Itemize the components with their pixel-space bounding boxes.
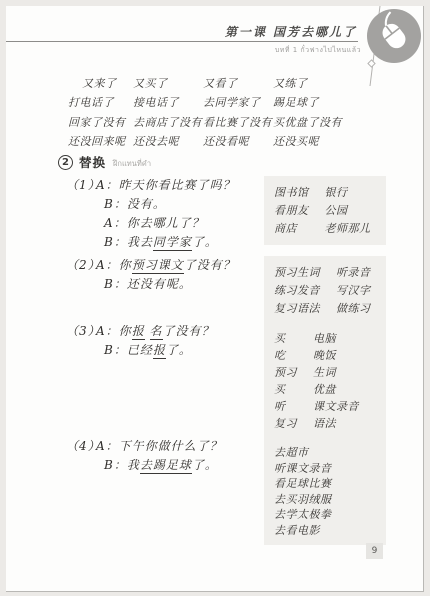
vocab-item: 看足球比赛 xyxy=(274,476,332,492)
exercise: （1）A：昨天你看比赛了吗？B：没有。A：你去哪儿了？B：我去同学家了。图书馆银… xyxy=(66,176,392,252)
text-segment xyxy=(145,324,150,338)
text-segment: 还没有呢。 xyxy=(127,277,192,291)
textbook-page: 第一课 国芳去哪儿了 บทที่ 1 กั๋วฟางไปไหนแล้ว 又来了又… xyxy=(6,6,424,592)
text-segment: 我去 xyxy=(127,235,153,249)
underlined-segment: 报 xyxy=(153,343,166,359)
speaker-label: B： xyxy=(104,458,127,472)
text-segment: 了。 xyxy=(166,343,192,357)
text-segment: 我 xyxy=(127,458,140,472)
text-segment: 下午你做什么了？ xyxy=(119,439,223,453)
vocab-item: 复习 xyxy=(274,415,297,432)
vocab-item: 听录音 xyxy=(336,264,371,282)
dialogue-line: B：已经报了。 xyxy=(66,341,264,360)
vocab-item: 听 xyxy=(274,398,297,415)
text-segment: 已经 xyxy=(127,343,153,357)
vocab-item: 复习语法 xyxy=(274,300,320,318)
exercise: （2）A：你预习课文了没有？B：还没有呢。预习生词听录音练习发音写汉字复习语法做… xyxy=(66,256,392,325)
exercise-number: （2） xyxy=(66,256,96,275)
vocab-item: 吃 xyxy=(274,347,297,364)
vocab-box: 图书馆银行看朋友公园商店老师那儿 xyxy=(264,176,386,245)
dialogue-line: （3）A：你报 名了没有？ xyxy=(66,322,264,341)
vocab-item: 课文录音 xyxy=(313,398,359,415)
speaker-label: B： xyxy=(104,197,127,211)
vocab-item: 去买羽绒服 xyxy=(274,492,332,508)
vocab-item: 去看电影 xyxy=(274,523,332,539)
exercise-number: （4） xyxy=(66,437,96,456)
speaker-label: B： xyxy=(104,235,127,249)
dialogue-line: A：你去哪儿了？ xyxy=(66,214,264,233)
dialogue: （4）A：下午你做什么了？B：我去踢足球了。 xyxy=(66,437,264,545)
vocab-item: 商店 xyxy=(274,220,309,238)
vocab-item: 图书馆 xyxy=(274,184,309,202)
vocab-item: 预习生词 xyxy=(274,264,320,282)
exercise: （4）A：下午你做什么了？B：我去踢足球了。去超市听课文录音看足球比赛去买羽绒服… xyxy=(66,437,392,545)
dialogue-line: （1）A：昨天你看比赛了吗？ xyxy=(66,176,264,195)
exercise-number: （1） xyxy=(66,176,96,195)
speaker-label: A： xyxy=(96,178,119,192)
vocab-item: 生词 xyxy=(313,364,359,381)
text-segment: 没有。 xyxy=(127,197,166,211)
speaker-label: A： xyxy=(96,439,119,453)
text-segment: 你 xyxy=(119,324,132,338)
vocab-item: 看朋友 xyxy=(274,202,309,220)
page-number-badge: 9 xyxy=(366,543,383,559)
vocab-item: 买 xyxy=(274,330,297,347)
vocab-item: 买 xyxy=(274,381,297,398)
dialogue: （3）A：你报 名了没有？B：已经报了。 xyxy=(66,322,264,439)
vocab-item: 银行 xyxy=(325,184,371,202)
text-segment: 了没有？ xyxy=(163,324,215,338)
vocab-item: 做练习 xyxy=(336,300,371,318)
text-segment: 了。 xyxy=(192,458,218,472)
speaker-label: A： xyxy=(104,216,127,230)
exercise: （3）A：你报 名了没有？B：已经报了。买电脑吃晚饭预习生词买优盘听课文录音复习… xyxy=(66,322,392,439)
speaker-label: B： xyxy=(104,277,127,291)
vocab-item: 公园 xyxy=(325,202,371,220)
dialogue: （2）A：你预习课文了没有？B：还没有呢。 xyxy=(66,256,264,325)
dialogue-line: （4）A：下午你做什么了？ xyxy=(66,437,264,456)
vocab-item: 听课文录音 xyxy=(274,461,332,477)
vocab-item: 写汉字 xyxy=(336,282,371,300)
vocab-item: 练习发音 xyxy=(274,282,320,300)
underlined-segment: 报 xyxy=(132,324,145,340)
exercises: （1）A：昨天你看比赛了吗？B：没有。A：你去哪儿了？B：我去同学家了。图书馆银… xyxy=(66,6,392,591)
vocab-item: 电脑 xyxy=(313,330,359,347)
vocab-item: 老师那儿 xyxy=(325,220,371,238)
exercise-number: （3） xyxy=(66,322,96,341)
vocab-item: 预习 xyxy=(274,364,297,381)
text-segment: 你去哪儿了？ xyxy=(127,216,205,230)
vocab-item: 语法 xyxy=(313,415,359,432)
dialogue-line: B：还没有呢。 xyxy=(66,275,264,294)
vocab-box: 买电脑吃晚饭预习生词买优盘听课文录音复习语法 xyxy=(264,322,386,439)
dialogue-line: B：没有。 xyxy=(66,195,264,214)
dialogue-line: B：我去踢足球了。 xyxy=(66,456,264,475)
text-segment: 了。 xyxy=(192,235,218,249)
text-segment: 了没有？ xyxy=(184,258,236,272)
dialogue-line: （2）A：你预习课文了没有？ xyxy=(66,256,264,275)
text-segment: 你 xyxy=(119,258,132,272)
underlined-segment: 名 xyxy=(150,324,163,340)
speaker-label: A： xyxy=(96,324,119,338)
vocab-box: 预习生词听录音练习发音写汉字复习语法做练习 xyxy=(264,256,386,325)
speaker-label: A： xyxy=(96,258,119,272)
underlined-segment: 同学家 xyxy=(153,235,192,251)
underlined-segment: 预习课文 xyxy=(132,258,184,274)
dialogue-line: B：我去同学家了。 xyxy=(66,233,264,252)
vocab-item: 优盘 xyxy=(313,381,359,398)
vocab-box: 去超市听课文录音看足球比赛去买羽绒服去学太极拳去看电影 xyxy=(264,437,386,545)
underlined-segment: 去踢足球 xyxy=(140,458,192,474)
vocab-item: 去超市 xyxy=(274,445,332,461)
speaker-label: B： xyxy=(104,343,127,357)
text-segment: 昨天你看比赛了吗？ xyxy=(119,178,236,192)
dialogue: （1）A：昨天你看比赛了吗？B：没有。A：你去哪儿了？B：我去同学家了。 xyxy=(66,176,264,252)
vocab-item: 去学太极拳 xyxy=(274,507,332,523)
vocab-item: 晚饭 xyxy=(313,347,359,364)
